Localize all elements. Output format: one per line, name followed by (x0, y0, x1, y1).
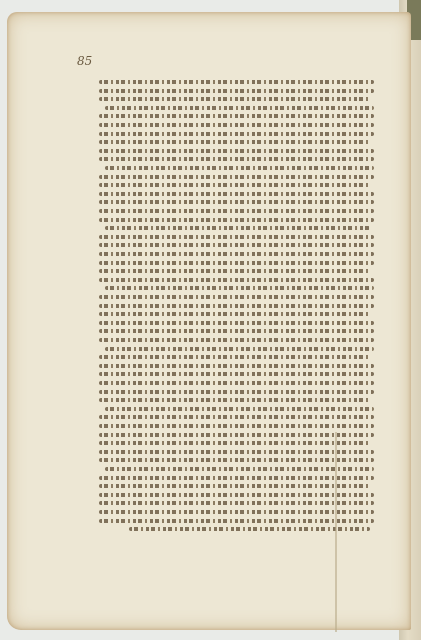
text-line (99, 450, 374, 454)
text-line (129, 527, 370, 531)
text-line (99, 433, 374, 437)
text-line (99, 261, 374, 265)
text-line (105, 407, 374, 411)
text-line (105, 467, 374, 471)
text-line (99, 364, 374, 368)
manuscript-page: 85 (7, 12, 411, 630)
text-line (99, 510, 374, 514)
text-line (99, 372, 374, 376)
text-line (99, 269, 370, 273)
text-line (99, 304, 374, 308)
text-line (99, 183, 370, 187)
text-line (99, 398, 370, 402)
text-line (99, 415, 374, 419)
text-line (99, 381, 374, 385)
text-line (99, 441, 370, 445)
text-line (99, 80, 374, 84)
text-line (99, 97, 370, 101)
text-line (99, 312, 370, 316)
text-line (99, 355, 370, 359)
text-line (99, 132, 374, 136)
text-line (99, 295, 374, 299)
text-line (99, 252, 374, 256)
text-line (99, 278, 374, 282)
text-line (99, 321, 374, 325)
text-line (99, 424, 374, 428)
text-line (99, 501, 374, 505)
text-line (99, 200, 374, 204)
text-line (105, 166, 374, 170)
text-line (99, 458, 374, 462)
text-line (99, 493, 374, 497)
text-line (105, 347, 374, 351)
text-line (105, 226, 370, 230)
handwritten-text-block (99, 80, 374, 536)
text-line (99, 243, 374, 247)
text-line (99, 235, 374, 239)
text-line (99, 329, 374, 333)
text-line (99, 175, 374, 179)
text-line (99, 123, 374, 127)
text-line (99, 338, 374, 342)
text-line (99, 192, 374, 196)
page-edge-shadow (335, 432, 337, 632)
text-line (99, 149, 374, 153)
text-line (99, 218, 374, 222)
text-line (99, 476, 374, 480)
text-line (99, 519, 374, 523)
text-line (105, 106, 374, 110)
text-line (99, 89, 374, 93)
text-line (105, 286, 374, 290)
text-line (99, 114, 374, 118)
text-line (99, 157, 374, 161)
text-line (99, 140, 370, 144)
folio-number: 85 (77, 54, 92, 68)
text-line (99, 390, 374, 394)
text-line (99, 209, 374, 213)
text-line (99, 484, 370, 488)
